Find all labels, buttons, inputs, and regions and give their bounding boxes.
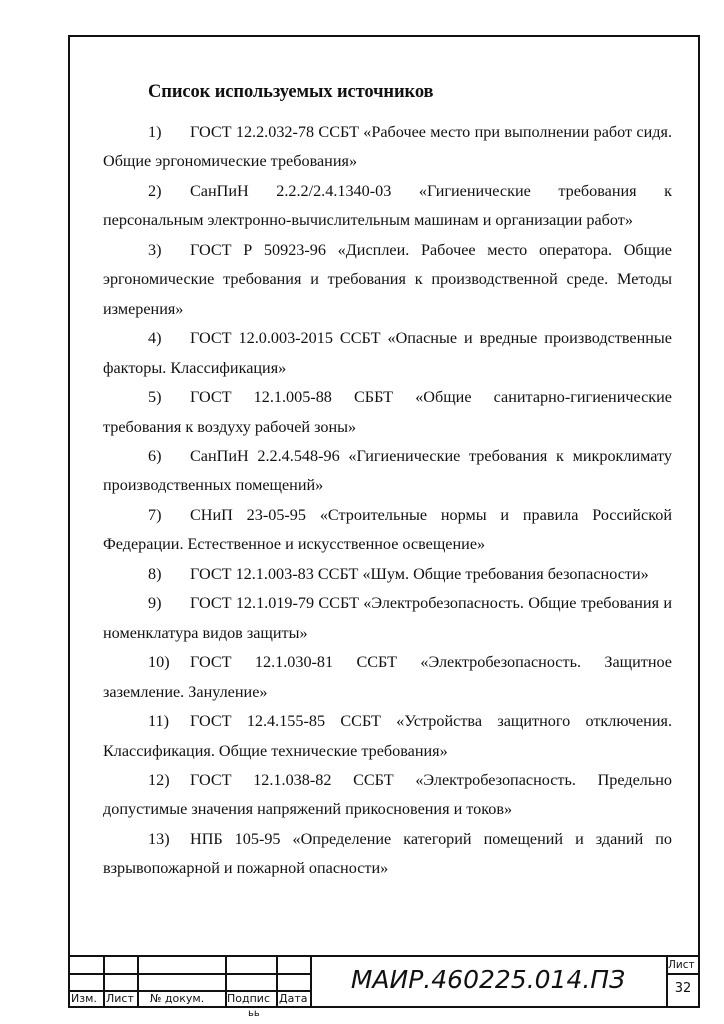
list-item: 4)ГОСТ 12.0.003-2015 ССБТ «Опасные и вре…: [103, 324, 672, 383]
item-number: 6): [148, 442, 190, 471]
item-number: 1): [148, 118, 190, 147]
list-item: 2)СанПиН 2.2.2/2.4.1340-03 «Гигиенически…: [103, 177, 672, 236]
sheet-label: Лист: [668, 958, 695, 972]
item-number: 7): [148, 501, 190, 530]
item-number: 8): [148, 560, 190, 589]
item-number: 10): [148, 648, 190, 677]
stamp-label-date: Дата: [279, 992, 307, 1006]
item-number: 3): [148, 236, 190, 265]
title-block: Изм. Лист № докум. Подпис ьь Дата МАИР.4…: [68, 955, 700, 1008]
list-item: 3)ГОСТ Р 50923-96 «Дисплеи. Рабочее мест…: [103, 236, 672, 324]
list-item: 7)СНиП 23-05-95 «Строительные нормы и пр…: [103, 501, 672, 560]
item-number: 4): [148, 324, 190, 353]
list-item: 9)ГОСТ 12.1.019-79 ССБТ «Электробезопасн…: [103, 589, 672, 648]
stamp-top-line: [68, 955, 700, 957]
stamp-bottom-line: [68, 1006, 700, 1008]
list-item: 1)ГОСТ 12.2.032-78 ССБТ «Рабочее место п…: [103, 118, 672, 177]
stamp-col-line: [103, 955, 105, 1008]
list-item: 10)ГОСТ 12.1.030-81 ССБТ «Электробезопас…: [103, 648, 672, 707]
stamp-label-doc-number: № докум.: [150, 992, 204, 1006]
item-number: 2): [148, 177, 190, 206]
stamp-col-line: [276, 955, 278, 1008]
list-item: 6)СанПиН 2.2.4.548-96 «Гигиенические тре…: [103, 442, 672, 501]
stamp-label-izm: Изм.: [71, 992, 97, 1006]
list-item: 11)ГОСТ 12.4.155-85 ССБТ «Устройства защ…: [103, 707, 672, 766]
list-item: 13)НПБ 105-95 «Определение категорий пом…: [103, 825, 672, 884]
document-code: МАИР.460225.014.ПЗ: [310, 963, 666, 997]
item-number: 12): [148, 766, 190, 795]
sheet-cell-divider: [666, 973, 700, 975]
list-item: 8)ГОСТ 12.1.003-83 ССБТ «Шум. Общие треб…: [103, 560, 672, 589]
item-number: 9): [148, 589, 190, 618]
item-number: 11): [148, 707, 190, 736]
stamp-label-signature-overflow: ьь: [248, 1007, 260, 1021]
sheet-number: 32: [666, 979, 700, 999]
item-text: ГОСТ 12.1.003-83 ССБТ «Шум. Общие требов…: [190, 565, 649, 583]
list-item: 5)ГОСТ 12.1.005-88 СББТ «Общие санитарно…: [103, 383, 672, 442]
item-number: 13): [148, 825, 190, 854]
page-title: Список используемых источников: [148, 82, 433, 103]
reference-list: 1)ГОСТ 12.2.032-78 ССБТ «Рабочее место п…: [103, 118, 672, 884]
stamp-col-line: [137, 955, 139, 1008]
item-number: 5): [148, 383, 190, 412]
list-item: 12)ГОСТ 12.1.038-82 ССБТ «Электробезопас…: [103, 766, 672, 825]
stamp-label-list: Лист: [106, 992, 134, 1006]
stamp-label-signature: Подпис: [227, 992, 270, 1006]
